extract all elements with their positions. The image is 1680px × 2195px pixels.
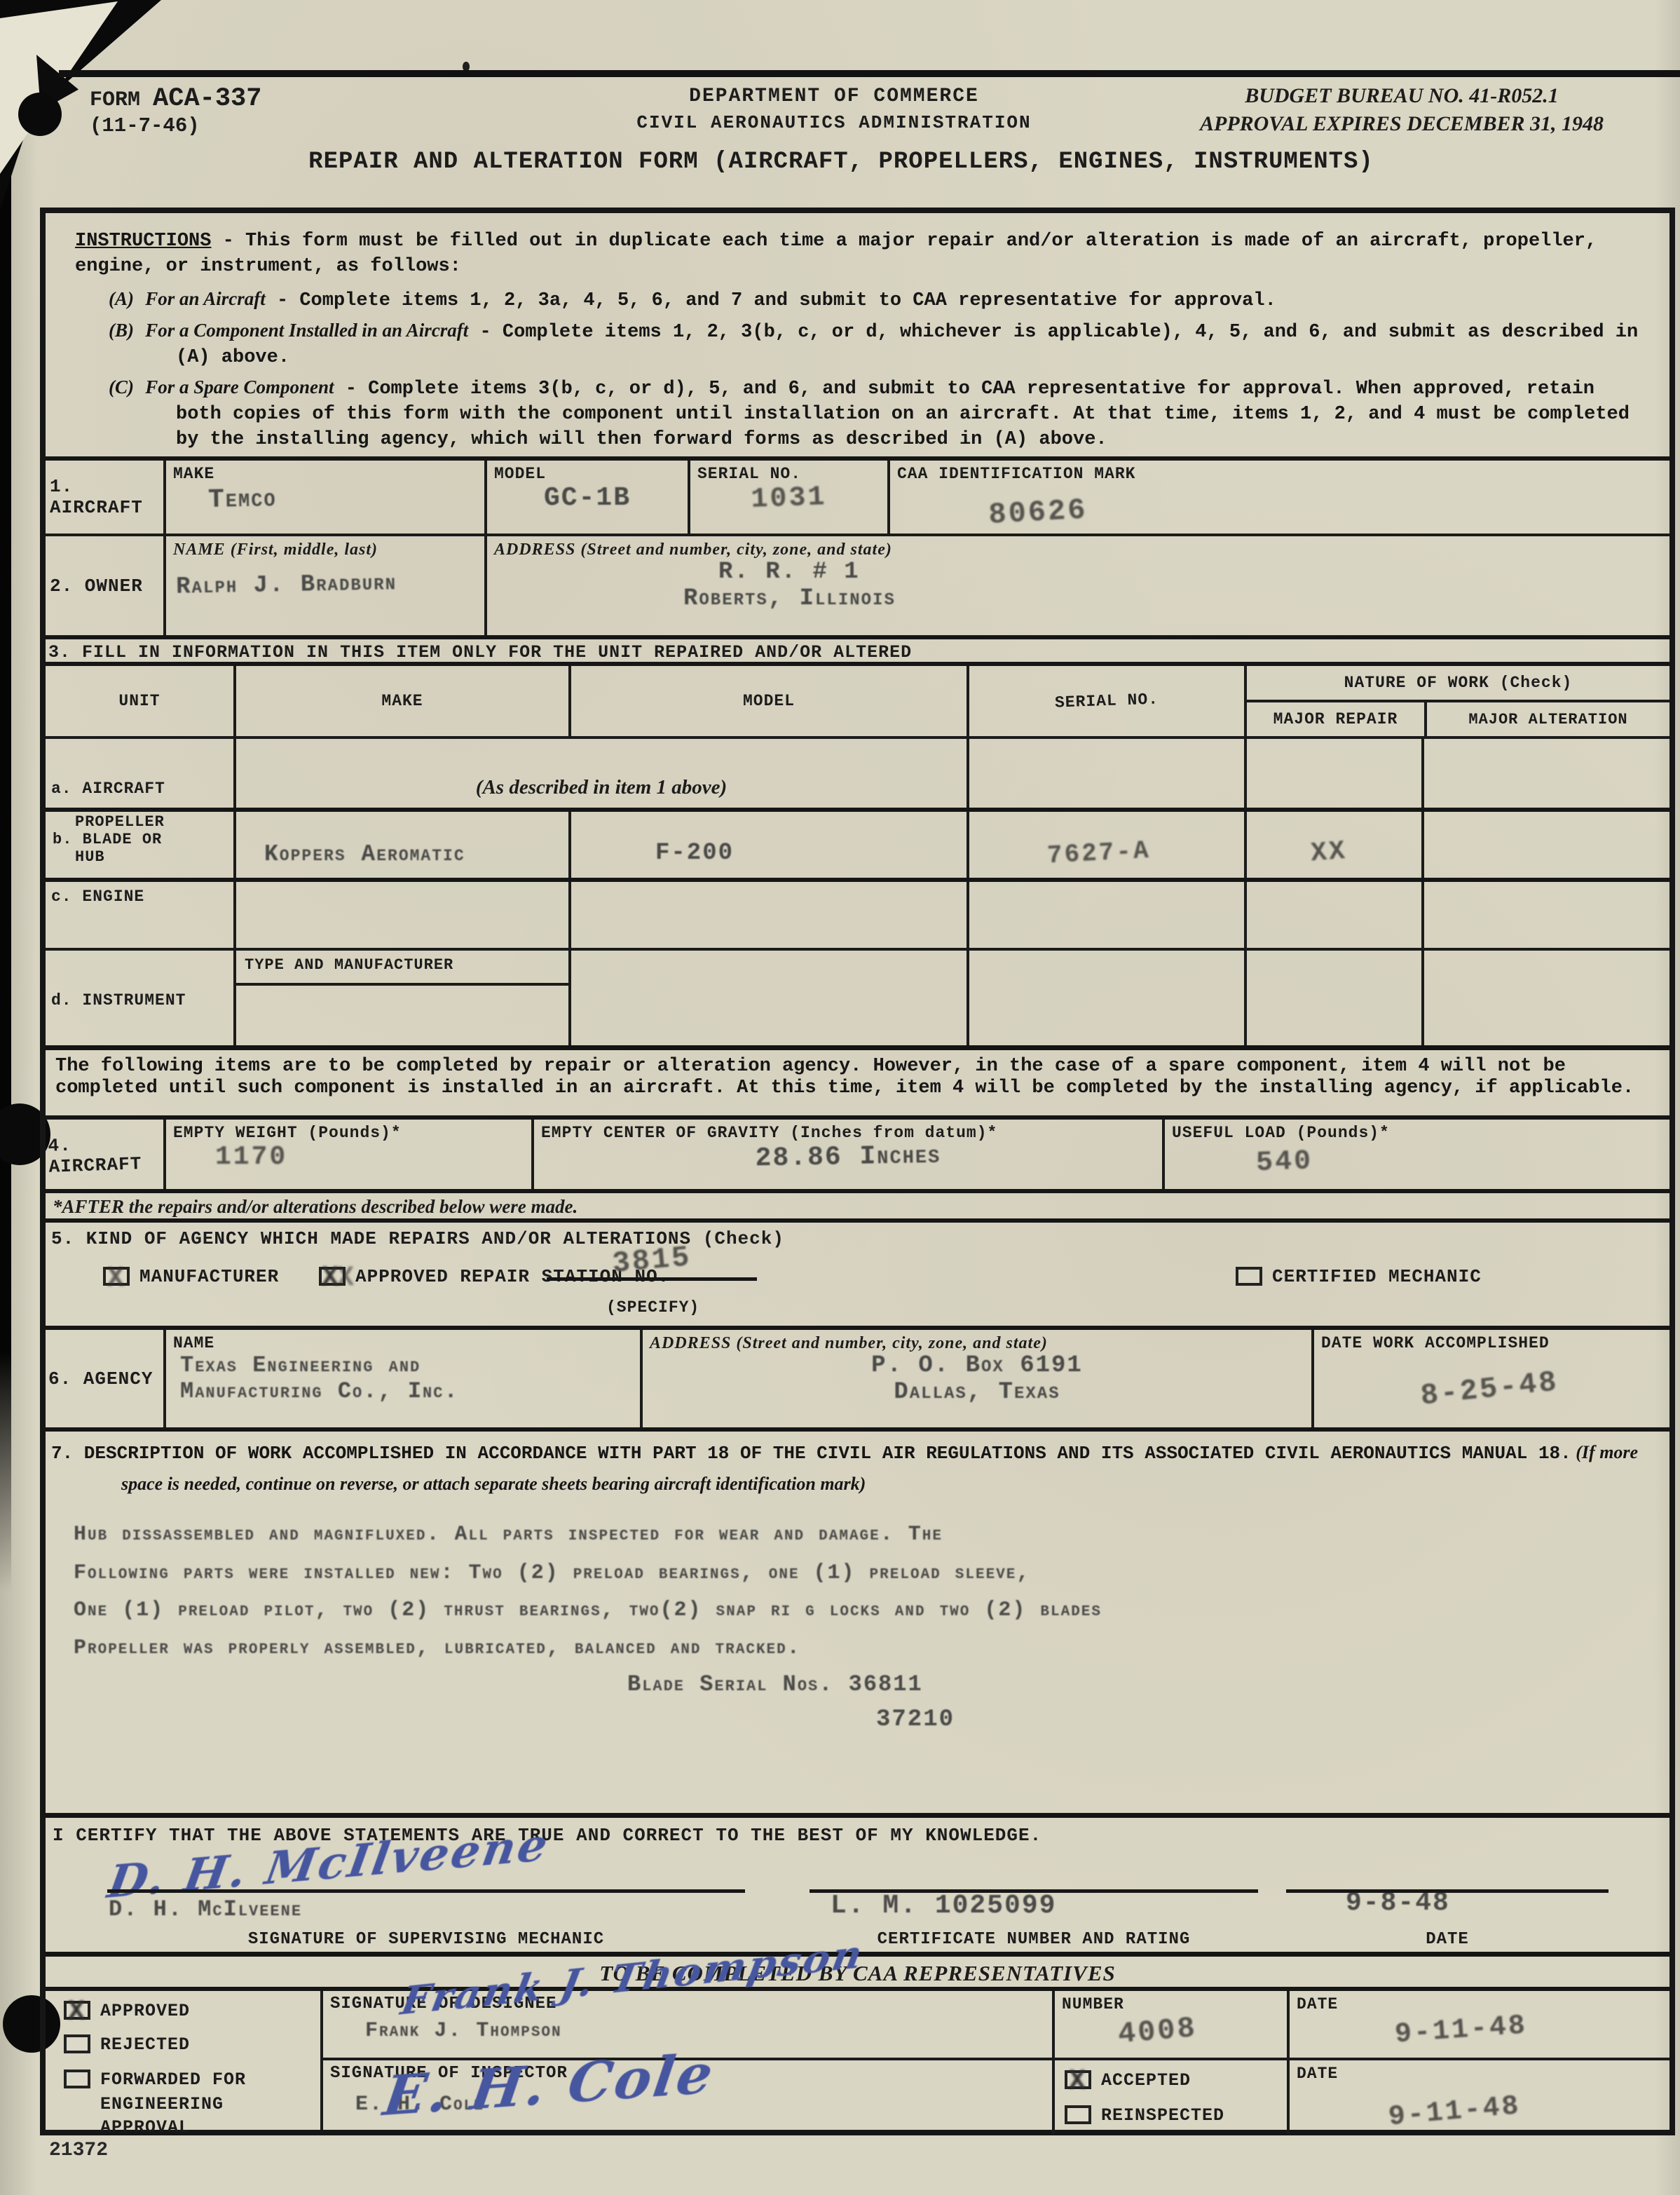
item1-caa-cell: CAA IDENTIFICATION MARK 80626 bbox=[887, 461, 1669, 534]
inspector-cell: SIGNATURE OF INSPECTOR E. H. Cole E. H. … bbox=[323, 2060, 1052, 2134]
col-nature-of-work: NATURE OF WORK (Check) MAJOR REPAIR MAJO… bbox=[1244, 666, 1669, 736]
item2-label: 2. OWNER bbox=[46, 576, 143, 597]
instr-c-title: For a Spare Component bbox=[145, 376, 334, 397]
row-a-major-alteration-cell bbox=[1421, 739, 1669, 808]
reinspected-checkbox bbox=[1065, 2105, 1091, 2124]
item4-weight-value: 1170 bbox=[166, 1142, 531, 1172]
item1-model-cell: MODEL GC-1B bbox=[484, 461, 688, 534]
row-d-unit-cell: d. INSTRUMENT bbox=[46, 951, 233, 1049]
reinspected-option: REINSPECTED bbox=[1065, 2105, 1224, 2126]
note-paragraph: The following items are to be completed … bbox=[46, 1045, 1669, 1115]
note-text: The following items are to be completed … bbox=[46, 1050, 1669, 1099]
item4-label-cell: 4. AIRCRAFT bbox=[46, 1120, 163, 1189]
item3-table: UNIT MAKE MODEL SERIAL NO. NATURE OF WOR… bbox=[46, 662, 1669, 1045]
footnote-text: *AFTER the repairs and/or alterations de… bbox=[46, 1193, 1669, 1218]
row-aircraft: a. AIRCRAFT (As described in item 1 abov… bbox=[46, 736, 1669, 808]
item1-serial-label: SERIAL NO. bbox=[690, 461, 887, 483]
forwarded-option: FORWARDED FOR ENGINEERING APPROVAL bbox=[64, 2070, 246, 2138]
item5-header: 5. KIND OF AGENCY WHICH MADE REPAIRS AND… bbox=[46, 1223, 1669, 1249]
cert-date-label: DATE bbox=[1286, 1930, 1609, 1949]
item1-label: 1. AIRCRAFT bbox=[46, 476, 163, 518]
date1-cell: DATE 9-11-48 bbox=[1287, 1991, 1669, 2058]
instr-a-title: For an Aircraft bbox=[145, 288, 266, 309]
scan-edge bbox=[0, 0, 11, 1591]
row-a-serial-cell bbox=[967, 739, 1244, 808]
col-major-alteration: MAJOR ALTERATION bbox=[1424, 702, 1669, 736]
item5-section: 5. KIND OF AGENCY WHICH MADE REPAIRS AND… bbox=[46, 1218, 1669, 1326]
row-b-make-cell: Koppers Aeromatic bbox=[233, 812, 568, 878]
row-a-unit-cell: a. AIRCRAFT bbox=[46, 739, 233, 808]
approval-expires-line: APPROVAL EXPIRES DECEMBER 31, 1948 bbox=[1135, 112, 1668, 136]
certificate-number-label: CERTIFICATE NUMBER AND RATING bbox=[810, 1930, 1258, 1949]
row-d-make-cell: TYPE AND MANUFACTURER bbox=[233, 951, 568, 1049]
specify-label: (SPECIFY) bbox=[606, 1298, 699, 1317]
work-description-line: Hub dissassembled and magnifluxed. All p… bbox=[74, 1523, 943, 1547]
station-no-line: 3815 bbox=[547, 1244, 757, 1281]
work-description-line: Following parts were installed new: Two … bbox=[74, 1561, 1030, 1585]
instr-b-title: For a Component Installed in an Aircraft bbox=[145, 320, 468, 341]
item2-name-value: Ralph J. Bradburn bbox=[166, 556, 485, 601]
row-a-note-cell: (As described in item 1 above) bbox=[233, 739, 967, 808]
item1-model-label: MODEL bbox=[487, 461, 688, 483]
repair-station-checkbox: X X bbox=[319, 1267, 346, 1286]
item4-label: 4. AIRCRAFT bbox=[45, 1132, 164, 1178]
item7-section: 7. DESCRIPTION OF WORK ACCOMPLISHED IN A… bbox=[46, 1427, 1669, 1813]
row-propeller: PROPELLER b. BLADE OR HUB Koppers Aeroma… bbox=[46, 808, 1669, 878]
item2-name-label: NAME (First, middle, last) bbox=[166, 536, 484, 559]
item2-address-line2: Roberts, Illinois bbox=[487, 585, 1669, 612]
certified-mechanic-option: CERTIFIED MECHANIC bbox=[1236, 1266, 1482, 1287]
approved-option: X APPROVED bbox=[64, 2001, 190, 2021]
form-label: FORM bbox=[90, 88, 140, 112]
certificate-number-value: L. M. 1025099 bbox=[831, 1891, 1056, 1921]
row-b-major-repair-cell: XX bbox=[1244, 812, 1421, 878]
col-unit: UNIT bbox=[46, 666, 233, 736]
department-line: DEPARTMENT OF COMMERCE bbox=[533, 86, 1135, 107]
punch-hole bbox=[18, 93, 62, 136]
item6-name-cell: NAME Texas Engineering and Manufacturing… bbox=[163, 1330, 640, 1427]
item6-date-cell: DATE WORK ACCOMPLISHED 8-25-48 bbox=[1311, 1330, 1669, 1427]
row-c-unit-cell: c. ENGINE bbox=[46, 882, 233, 948]
forwarded-checkbox bbox=[64, 2070, 90, 2088]
item1-make-value: Temco bbox=[166, 480, 485, 516]
item3-header: 3. FILL IN INFORMATION IN THIS ITEM ONLY… bbox=[46, 639, 1669, 662]
item2-address-line1: R. R. # 1 bbox=[487, 559, 1669, 585]
rejected-option: REJECTED bbox=[64, 2034, 190, 2055]
work-description-line: Propeller was properly assembled, lubric… bbox=[74, 1636, 801, 1660]
form-revision: (11-7-46) bbox=[90, 114, 200, 137]
item1-make-label: MAKE bbox=[166, 461, 484, 483]
inspector-row: SIGNATURE OF INSPECTOR E. H. Cole E. H. … bbox=[323, 2058, 1669, 2134]
item4-weight-cell: EMPTY WEIGHT (Pounds)* 1170 bbox=[163, 1120, 531, 1189]
scanned-form-page: FORM ACA-337 (11-7-46) DEPARTMENT OF COM… bbox=[0, 0, 1680, 2195]
certified-mechanic-checkbox bbox=[1236, 1267, 1262, 1286]
item6-label-cell: 6. AGENCY bbox=[46, 1330, 163, 1427]
form-title: REPAIR AND ALTERATION FORM (AIRCRAFT, PR… bbox=[126, 149, 1556, 175]
date2-cell: DATE 9-11-48 bbox=[1287, 2060, 1669, 2134]
certification-section: I CERTIFY THAT THE ABOVE STATEMENTS ARE … bbox=[46, 1813, 1669, 1952]
accepted-option: X ACCEPTED bbox=[1065, 2070, 1191, 2091]
row-instrument: d. INSTRUMENT TYPE AND MANUFACTURER bbox=[46, 948, 1669, 1049]
instr-c-label: (C) bbox=[109, 376, 134, 397]
instr-c-text: - Complete items 3(b, c, or d), 5, and 6… bbox=[176, 379, 1630, 450]
certificate-number-line bbox=[810, 1889, 1258, 1893]
item6-address-label: ADDRESS (Street and number, city, zone, … bbox=[643, 1330, 1311, 1352]
col-make: MAKE bbox=[233, 666, 568, 736]
form-body: INSTRUCTIONS - This form must be filled … bbox=[40, 208, 1675, 2135]
item2-owner-row: 2. OWNER NAME (First, middle, last) Ralp… bbox=[46, 534, 1669, 635]
item4-load-cell: USEFUL LOAD (Pounds)* 540 bbox=[1162, 1120, 1669, 1189]
item3-table-header: UNIT MAKE MODEL SERIAL NO. NATURE OF WOR… bbox=[46, 666, 1669, 736]
item1-aircraft-row: 1. AIRCRAFT MAKE Temco MODEL GC-1B SERIA… bbox=[46, 456, 1669, 534]
item4-weight-label: EMPTY WEIGHT (Pounds)* bbox=[166, 1120, 531, 1142]
item4-cg-cell: EMPTY CENTER OF GRAVITY (Inches from dat… bbox=[531, 1120, 1162, 1189]
blade-serial-line2: 37210 bbox=[876, 1706, 955, 1733]
instr-a-label: (A) bbox=[109, 288, 134, 309]
item1-model-value: GC-1B bbox=[487, 483, 688, 513]
row-b-serial-cell: 7627-A bbox=[967, 812, 1244, 878]
footnote-row: *AFTER the repairs and/or alterations de… bbox=[46, 1189, 1669, 1218]
item1-label-cell: 1. AIRCRAFT bbox=[46, 461, 163, 534]
col-serial: SERIAL NO. bbox=[967, 666, 1244, 736]
item6-agency-row: 6. AGENCY NAME Texas Engineering and Man… bbox=[46, 1326, 1669, 1427]
page-stamp: 21372 bbox=[49, 2140, 108, 2161]
item2-name-cell: NAME (First, middle, last) Ralph J. Brad… bbox=[163, 536, 484, 635]
item1-serial-cell: SERIAL NO. 1031 bbox=[688, 461, 887, 534]
accepted-cell: X ACCEPTED REINSPECTED bbox=[1052, 2060, 1287, 2134]
instructions-lead: INSTRUCTIONS bbox=[75, 231, 211, 252]
blade-serial-line: Blade Serial Nos. 36811 bbox=[627, 1671, 923, 1697]
row-a-major-repair-cell bbox=[1244, 739, 1421, 808]
item3-header-bar: 3. FILL IN INFORMATION IN THIS ITEM ONLY… bbox=[46, 635, 1669, 662]
mechanic-signature-line bbox=[107, 1889, 745, 1893]
form-number-block: FORM ACA-337 bbox=[90, 84, 261, 114]
mechanic-signature-label: SIGNATURE OF SUPERVISING MECHANIC bbox=[107, 1930, 745, 1949]
item7-header: 7. DESCRIPTION OF WORK ACCOMPLISHED IN A… bbox=[51, 1443, 1571, 1464]
number-cell: NUMBER 4008 bbox=[1052, 1991, 1287, 2058]
manufacturer-checkbox: X bbox=[103, 1267, 130, 1286]
form-number: ACA-337 bbox=[153, 84, 261, 114]
approved-checkbox: X bbox=[64, 2001, 90, 2020]
item2-address-cell: ADDRESS (Street and number, city, zone, … bbox=[484, 536, 1669, 635]
item4-cg-value: 28.86 Inches bbox=[534, 1136, 1163, 1178]
item6-address-cell: ADDRESS (Street and number, city, zone, … bbox=[640, 1330, 1311, 1427]
instructions-intro: - This form must be filled out in duplic… bbox=[75, 231, 1597, 277]
mechanic-signature-typed: D. H. McIlveene bbox=[109, 1896, 302, 1922]
item6-label: 6. AGENCY bbox=[46, 1368, 153, 1389]
top-rule bbox=[59, 70, 1680, 77]
caa-status-column: X APPROVED REJECTED FORWARDED FOR ENGINE… bbox=[46, 1991, 320, 2130]
item6-name-label: NAME bbox=[166, 1330, 640, 1352]
budget-bureau-line: BUDGET BUREAU NO. 41-R052.1 bbox=[1156, 84, 1647, 108]
item4-aircraft-row: 4. AIRCRAFT EMPTY WEIGHT (Pounds)* 1170 … bbox=[46, 1115, 1669, 1189]
item2-label-cell: 2. OWNER bbox=[46, 536, 163, 635]
instr-a-text: - Complete items 1, 2, 3a, 4, 5, 6, and … bbox=[266, 290, 1276, 311]
instructions-section: INSTRUCTIONS - This form must be filled … bbox=[46, 213, 1669, 456]
row-engine: c. ENGINE bbox=[46, 878, 1669, 948]
item1-make-cell: MAKE Temco bbox=[163, 461, 484, 534]
row-b-major-alteration-cell bbox=[1421, 812, 1669, 878]
cert-date-line bbox=[1286, 1889, 1609, 1893]
item1-serial-value: 1031 bbox=[690, 480, 887, 518]
administration-line: CIVIL AERONAUTICS ADMINISTRATION bbox=[533, 112, 1135, 133]
accepted-checkbox: X bbox=[1065, 2070, 1091, 2089]
caa-table: X APPROVED REJECTED FORWARDED FOR ENGINE… bbox=[46, 1987, 1669, 2130]
col-major-repair: MAJOR REPAIR bbox=[1247, 702, 1424, 736]
instr-b-label: (B) bbox=[109, 320, 134, 341]
col-model: MODEL bbox=[568, 666, 967, 736]
row-b-model-cell: F-200 bbox=[568, 812, 967, 878]
row-b-unit-cell: PROPELLER b. BLADE OR HUB bbox=[46, 812, 233, 878]
work-description-line: One (1) preload pilot, two (2) thrust be… bbox=[74, 1598, 1102, 1622]
item2-address-label: ADDRESS (Street and number, city, zone, … bbox=[487, 536, 1669, 559]
manufacturer-option: X MANUFACTURER bbox=[103, 1266, 279, 1287]
designee-row: SIGNATURE OF DESIGNEE Frank J. Thompson … bbox=[323, 1991, 1669, 2058]
rejected-checkbox bbox=[64, 2034, 90, 2053]
